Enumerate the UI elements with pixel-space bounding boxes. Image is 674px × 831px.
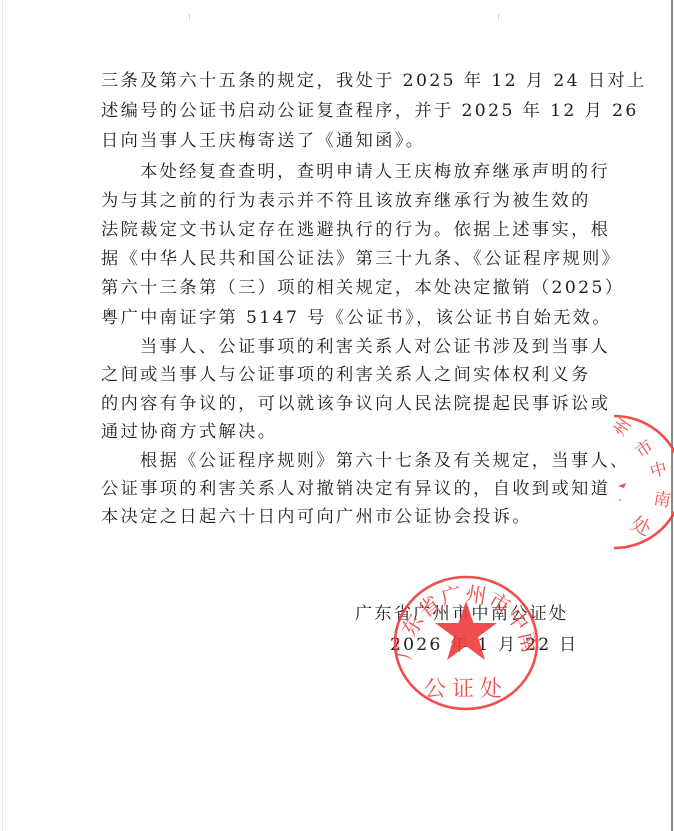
text-line: 粤广中南证字第 5147 号《公证书》，该公证书自始无效。	[101, 307, 612, 329]
text-line: 公证事项的利害关系人对撤销决定有异议的，自收到或知道	[101, 478, 610, 500]
seam-seal-icon: 州 市 中 南 处	[0, 0, 674, 831]
text-line: 之间或当事人与公证事项的利害关系人之间实体权利义务	[101, 364, 591, 386]
page-right-border	[671, 0, 673, 831]
svg-text:处: 处	[628, 513, 655, 541]
text-line: 的内容有争议的，可以就该争议向人民法院提起民事诉讼或	[101, 393, 610, 415]
signature-organization: 广东省广州市中南公证处	[355, 603, 568, 625]
text-line: 本决定之日起六十日内可向广州市公证协会投诉。	[101, 506, 532, 528]
text-line: 通过协商方式解决。	[101, 421, 277, 443]
document-page: 三条及第六十五条的规定，我处于 2025 年 12 月 24 日对上 述编号的公…	[0, 0, 674, 831]
text-line: 第六十三条第（三）项的相关规定，本处决定撤销（2025）	[101, 277, 624, 299]
svg-text:州: 州	[610, 415, 636, 440]
paragraph-start: 当事人、公证事项的利害关系人对公证书涉及到当事人	[101, 336, 610, 358]
svg-text:中: 中	[648, 459, 670, 483]
text-line: 日向当事人王庆梅寄送了《通知函》。	[101, 130, 425, 152]
page-left-border	[2, 0, 3, 831]
official-seal-icon: 广东省广州市中南 公证处	[0, 0, 674, 831]
text-line: 为与其之前的行为表示并不符且该放弃继承行为被生效的	[101, 190, 591, 212]
crop-mark	[498, 14, 499, 20]
paragraph-start: 根据《公证程序规则》第六十七条及有关规定，当事人、	[101, 450, 630, 472]
svg-text:市: 市	[632, 436, 657, 462]
crop-mark	[189, 14, 190, 20]
svg-text:公证处: 公证处	[424, 677, 508, 702]
text-line: 法院裁定文书认定存在逃避执行的行为。依据上述事实，根	[101, 219, 610, 241]
text-line: 三条及第六十五条的规定，我处于 2025 年 12 月 24 日对上	[101, 70, 647, 92]
text-line: 述编号的公证书启动公证复查程序，并于 2025 年 12 月 26	[101, 100, 639, 122]
signature-date: 2026 年 1 月 22 日	[390, 634, 578, 656]
text-line: 据《中华人民共和国公证法》第三十九条、《公证程序规则》	[101, 248, 621, 270]
paragraph-start: 本处经复查查明，查明申请人王庆梅放弃继承声明的行	[101, 161, 610, 183]
svg-text:南: 南	[652, 489, 672, 512]
